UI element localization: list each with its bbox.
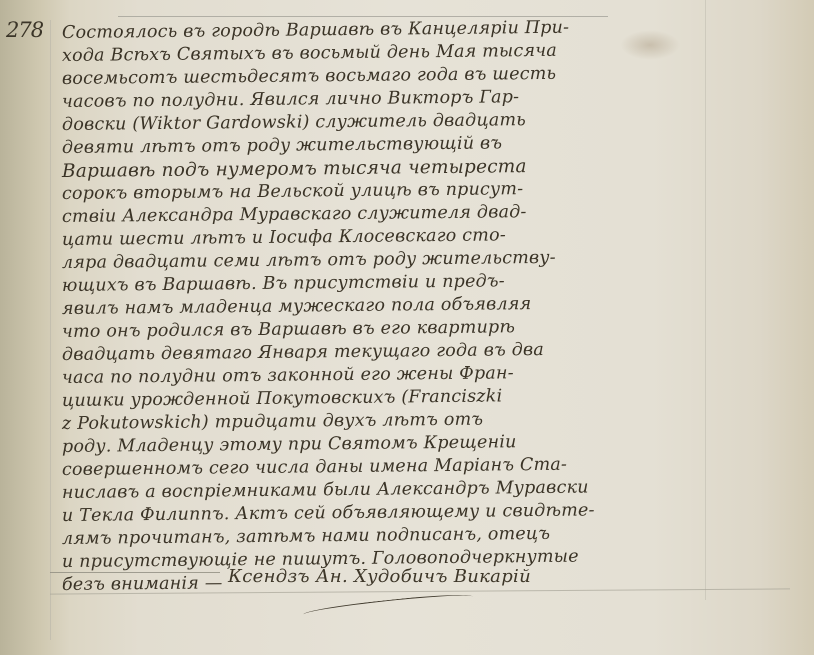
priest-signature: Ксендзъ Ан. Худобичъ Викарій	[228, 566, 531, 587]
record-text: Состоялось въ городѣ Варшавѣ въ Канцеляр…	[62, 22, 752, 597]
record-number: 278	[6, 18, 43, 42]
margin-ruling-line	[50, 20, 51, 640]
document-page: 278 Состоялось въ городѣ Варшавѣ въ Канц…	[0, 0, 814, 655]
